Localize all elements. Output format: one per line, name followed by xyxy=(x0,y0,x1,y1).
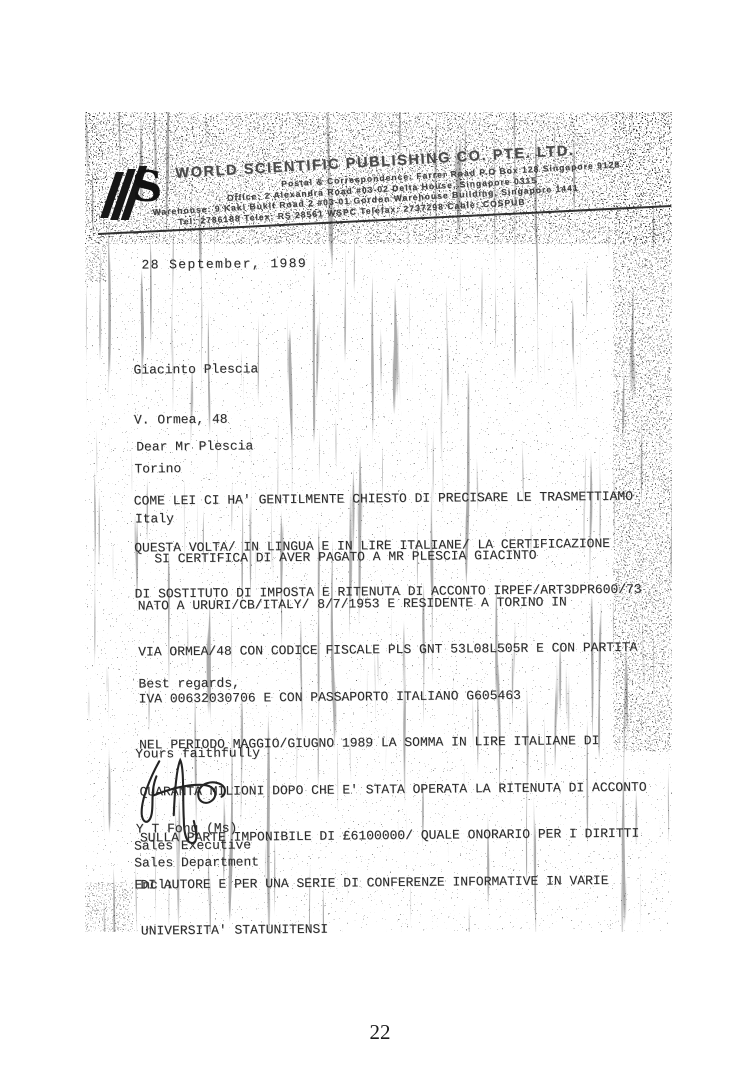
signer-department: Sales Department xyxy=(134,854,259,871)
closing-best-regards: Best regards, xyxy=(138,676,240,692)
letter-body: 28 September, 1989 Giacinto Plescia V. O… xyxy=(85,106,680,932)
recipient-street: V. Ormea, 48 xyxy=(134,411,259,429)
paragraph-2: SI CERTIFICA DI AVER PAGATO A MR PLESCIA… xyxy=(137,516,648,970)
salutation: Dear Mr Plescia xyxy=(136,438,253,455)
signer-name: Y T Fong (Ms) xyxy=(136,821,238,837)
paragraph-2-line: VIA ORMEA/48 CON CODICE FISCALE PLS GNT … xyxy=(138,640,645,660)
paragraph-2-line: DI AUTORE E PER UNA SERIE DI CONFERENZE … xyxy=(140,872,647,892)
paragraph-2-line: NATO A URURI/CB/ITALY/ 8/7/1953 E RESIDE… xyxy=(138,593,645,613)
paragraph-1-line: COME LEI CI HA' GENTILMENTE CHIESTO DI P… xyxy=(134,489,641,509)
letter-date: 28 September, 1989 xyxy=(141,256,307,273)
page-number: 22 xyxy=(338,1020,422,1045)
scan-area: S WORLD SCIENTIFIC PUBLISHING CO. PTE. L… xyxy=(85,112,672,932)
recipient-name: Giacinto Plescia xyxy=(133,361,258,379)
paragraph-2-line: SI CERTIFICA DI AVER PAGATO A MR PLESCIA… xyxy=(154,547,644,567)
signer-title: Sales Executive xyxy=(134,837,251,854)
enclosure-note: Encl: xyxy=(134,877,173,893)
scanned-letter-page: S WORLD SCIENTIFIC PUBLISHING CO. PTE. L… xyxy=(0,0,756,1087)
paragraph-2-line: UNIVERSITA' STATUNITENSI xyxy=(141,919,648,939)
